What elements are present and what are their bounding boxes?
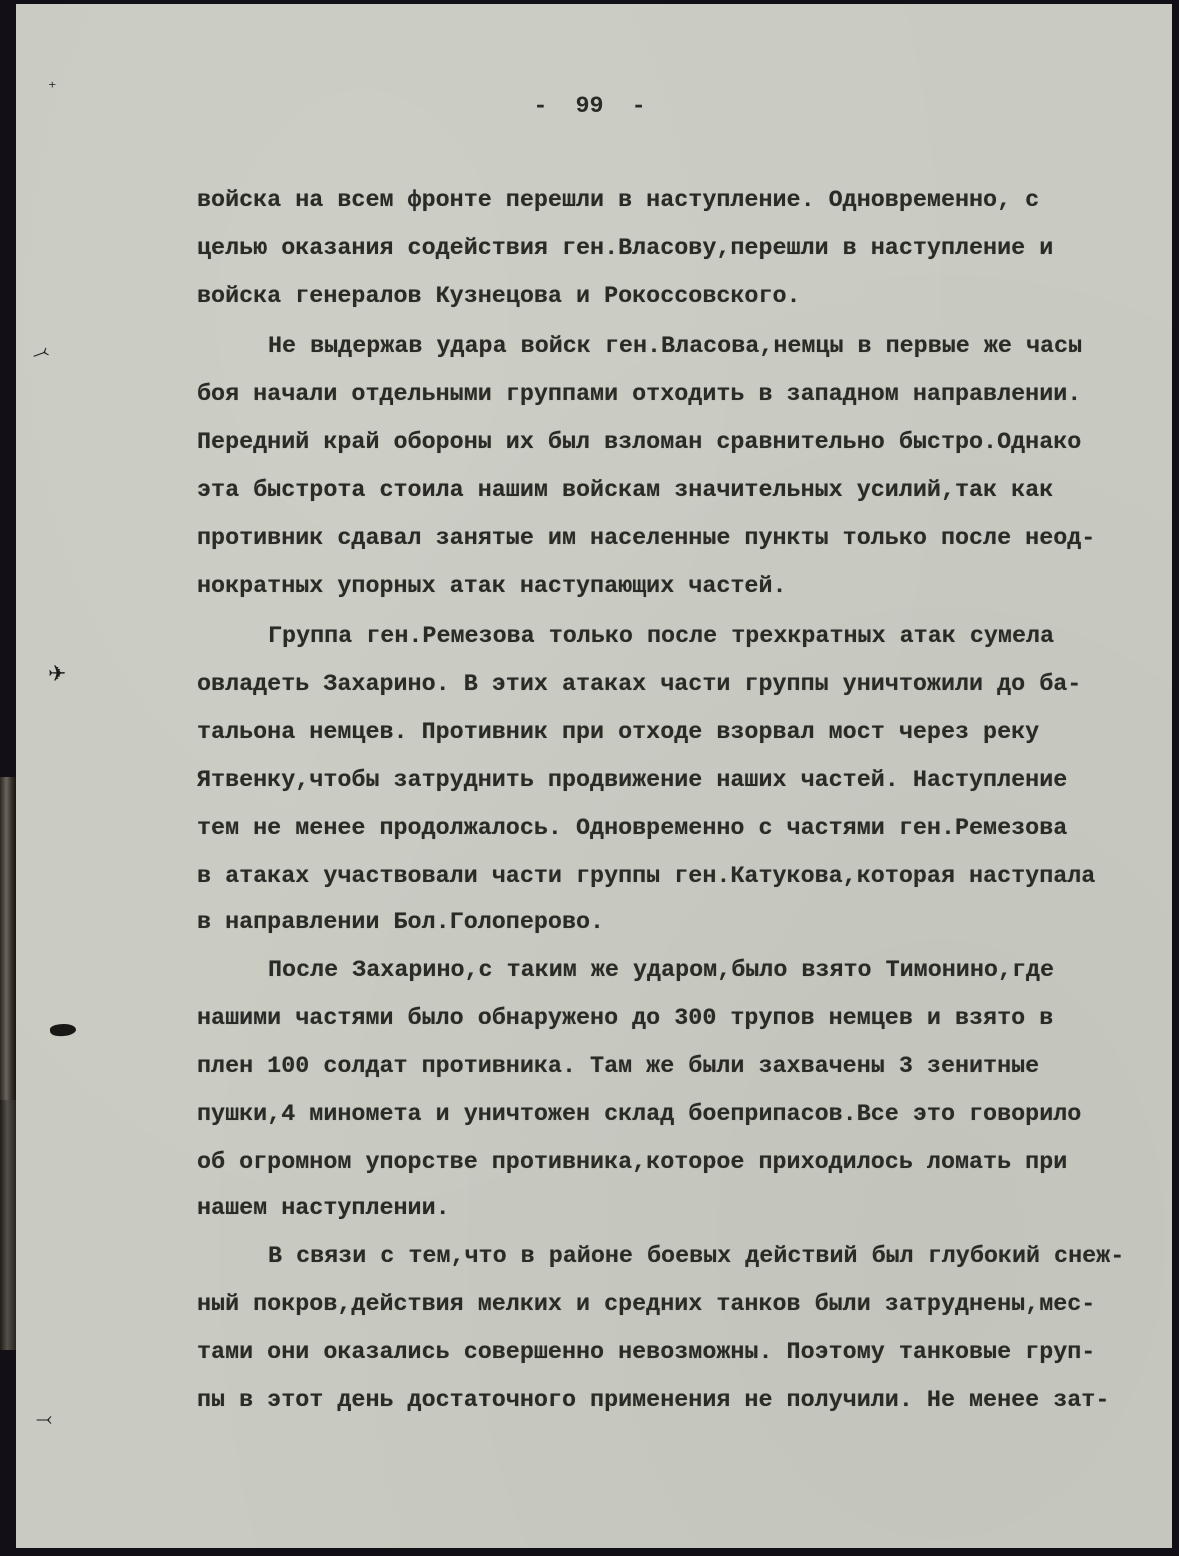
- text-line: тем не менее продолжалось. Одновременно …: [197, 814, 1067, 844]
- text-line: тальона немцев. Противник при отходе взо…: [197, 718, 1039, 748]
- paragraph-first-line: Группа ген.Ремезова только после трехкра…: [268, 622, 1054, 652]
- text-line: нашем наступлении.: [197, 1194, 450, 1224]
- text-line: войска на всем фронте перешли в наступле…: [197, 186, 1039, 216]
- binding-hole-mark: ✈: [48, 664, 66, 686]
- text-line: тами они оказались совершенно невозможны…: [197, 1338, 1095, 1368]
- text-line: эта быстрота стоила нашим войскам значит…: [197, 476, 1053, 506]
- paragraph-first-line: Не выдержав удара войск ген.Власова,немц…: [268, 332, 1082, 362]
- text-line: Передний край обороны их был взломан сра…: [197, 428, 1081, 458]
- text-line: нократных упорных атак наступающих часте…: [197, 572, 787, 602]
- paragraph-first-line: После Захарино,с таким же ударом,было вз…: [268, 956, 1054, 986]
- text-line: целью оказания содействия ген.Власову,пе…: [197, 234, 1053, 264]
- text-line: ный покров,действия мелких и средних тан…: [197, 1290, 1095, 1320]
- text-line: пы в этот день достаточного применения н…: [197, 1386, 1109, 1416]
- text-line: в атаках участвовали части группы ген.Ка…: [197, 862, 1095, 892]
- text-line: Ятвенку,чтобы затруднить продвижение наш…: [197, 766, 1067, 796]
- text-line: овладеть Захарино. В этих атаках части г…: [197, 670, 1081, 700]
- text-line: пушки,4 миномета и уничтожен склад боепр…: [197, 1100, 1081, 1130]
- text-line: плен 100 солдат противника. Там же были …: [197, 1052, 1039, 1082]
- binding-hole-mark: ⤙: [36, 1408, 52, 1428]
- text-line: противник сдавал занятые им населенные п…: [197, 524, 1095, 554]
- text-line: боя начали отдельными группами отходить …: [197, 380, 1081, 410]
- paragraph-first-line: В связи с тем,что в районе боевых действ…: [268, 1242, 1124, 1272]
- binding-edge: [0, 777, 16, 1107]
- text-line: об огромном упорстве противника,которое …: [197, 1148, 1067, 1178]
- text-line: войска генералов Кузнецова и Рокоссовско…: [197, 282, 801, 312]
- binding-edge: [0, 1100, 16, 1350]
- text-line: нашими частями было обнаружено до 300 тр…: [197, 1004, 1053, 1034]
- text-line: в направлении Бол.Голоперово.: [197, 908, 604, 938]
- page-number: - 99 -: [0, 92, 1179, 122]
